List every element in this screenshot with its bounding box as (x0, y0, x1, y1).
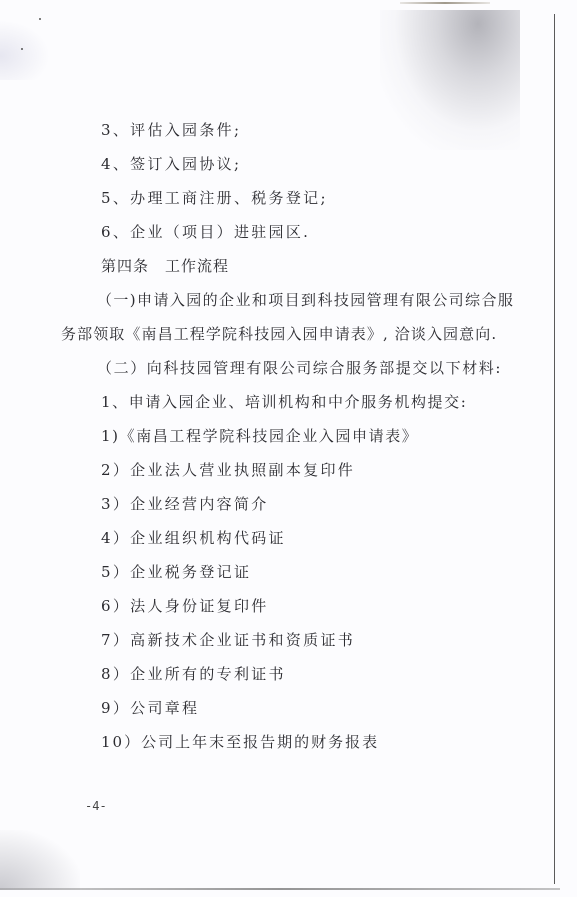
material-item-7: 7）高新技术企业证书和资质证书 (101, 631, 355, 649)
scan-shadow-top-right (380, 10, 520, 150)
material-item-1: 1)《南昌工程学院科技园企业入园申请表》 (101, 427, 418, 445)
list-item-5: 5、办理工商注册、税务登记; (101, 189, 328, 207)
scan-speck (39, 18, 41, 20)
material-item-6: 6）法人身份证复印件 (101, 597, 269, 615)
material-item-9: 9）公司章程 (101, 699, 199, 717)
list-item-3: 3、评估入园条件; (101, 121, 241, 139)
paragraph-1-line-2: 务部领取《南昌工程学院科技园入园申请表》, 洽谈入园意向. (61, 325, 497, 343)
list-item-6: 6、企业（项目）进驻园区. (101, 223, 310, 241)
scan-shadow-bottom-left (0, 830, 80, 890)
page-edge-bottom (0, 888, 560, 890)
material-item-4: 4）企业组织机构代码证 (101, 529, 286, 547)
list-item-4: 4、签订入园协议; (101, 155, 241, 173)
scanned-page: 3、评估入园条件; 4、签订入园协议; 5、办理工商注册、税务登记; 6、企业（… (0, 0, 577, 897)
page-number: -4- (85, 799, 107, 813)
paragraph-2: （二）向科技园管理有限公司综合服务部提交以下材料: (97, 359, 502, 377)
page-edge-top (400, 2, 490, 4)
scan-speck (21, 48, 23, 50)
material-item-10: 10）公司上年末至报告期的财务报表 (101, 733, 379, 751)
scan-shadow-top-left (0, 20, 50, 80)
material-item-8: 8）企业所有的专利证书 (101, 665, 286, 683)
paragraph-1-line-1: （一)申请入园的企业和项目到科技园管理有限公司综合服 (97, 291, 514, 309)
sub-item-1: 1、申请入园企业、培训机构和中介服务机构提交: (101, 393, 467, 411)
material-item-5: 5）企业税务登记证 (101, 563, 251, 581)
page-edge-right (554, 14, 555, 884)
material-item-3: 3）企业经营内容简介 (101, 495, 269, 513)
material-item-2: 2）企业法人营业执照副本复印件 (101, 461, 355, 479)
article-heading: 第四条 工作流程 (101, 257, 229, 275)
